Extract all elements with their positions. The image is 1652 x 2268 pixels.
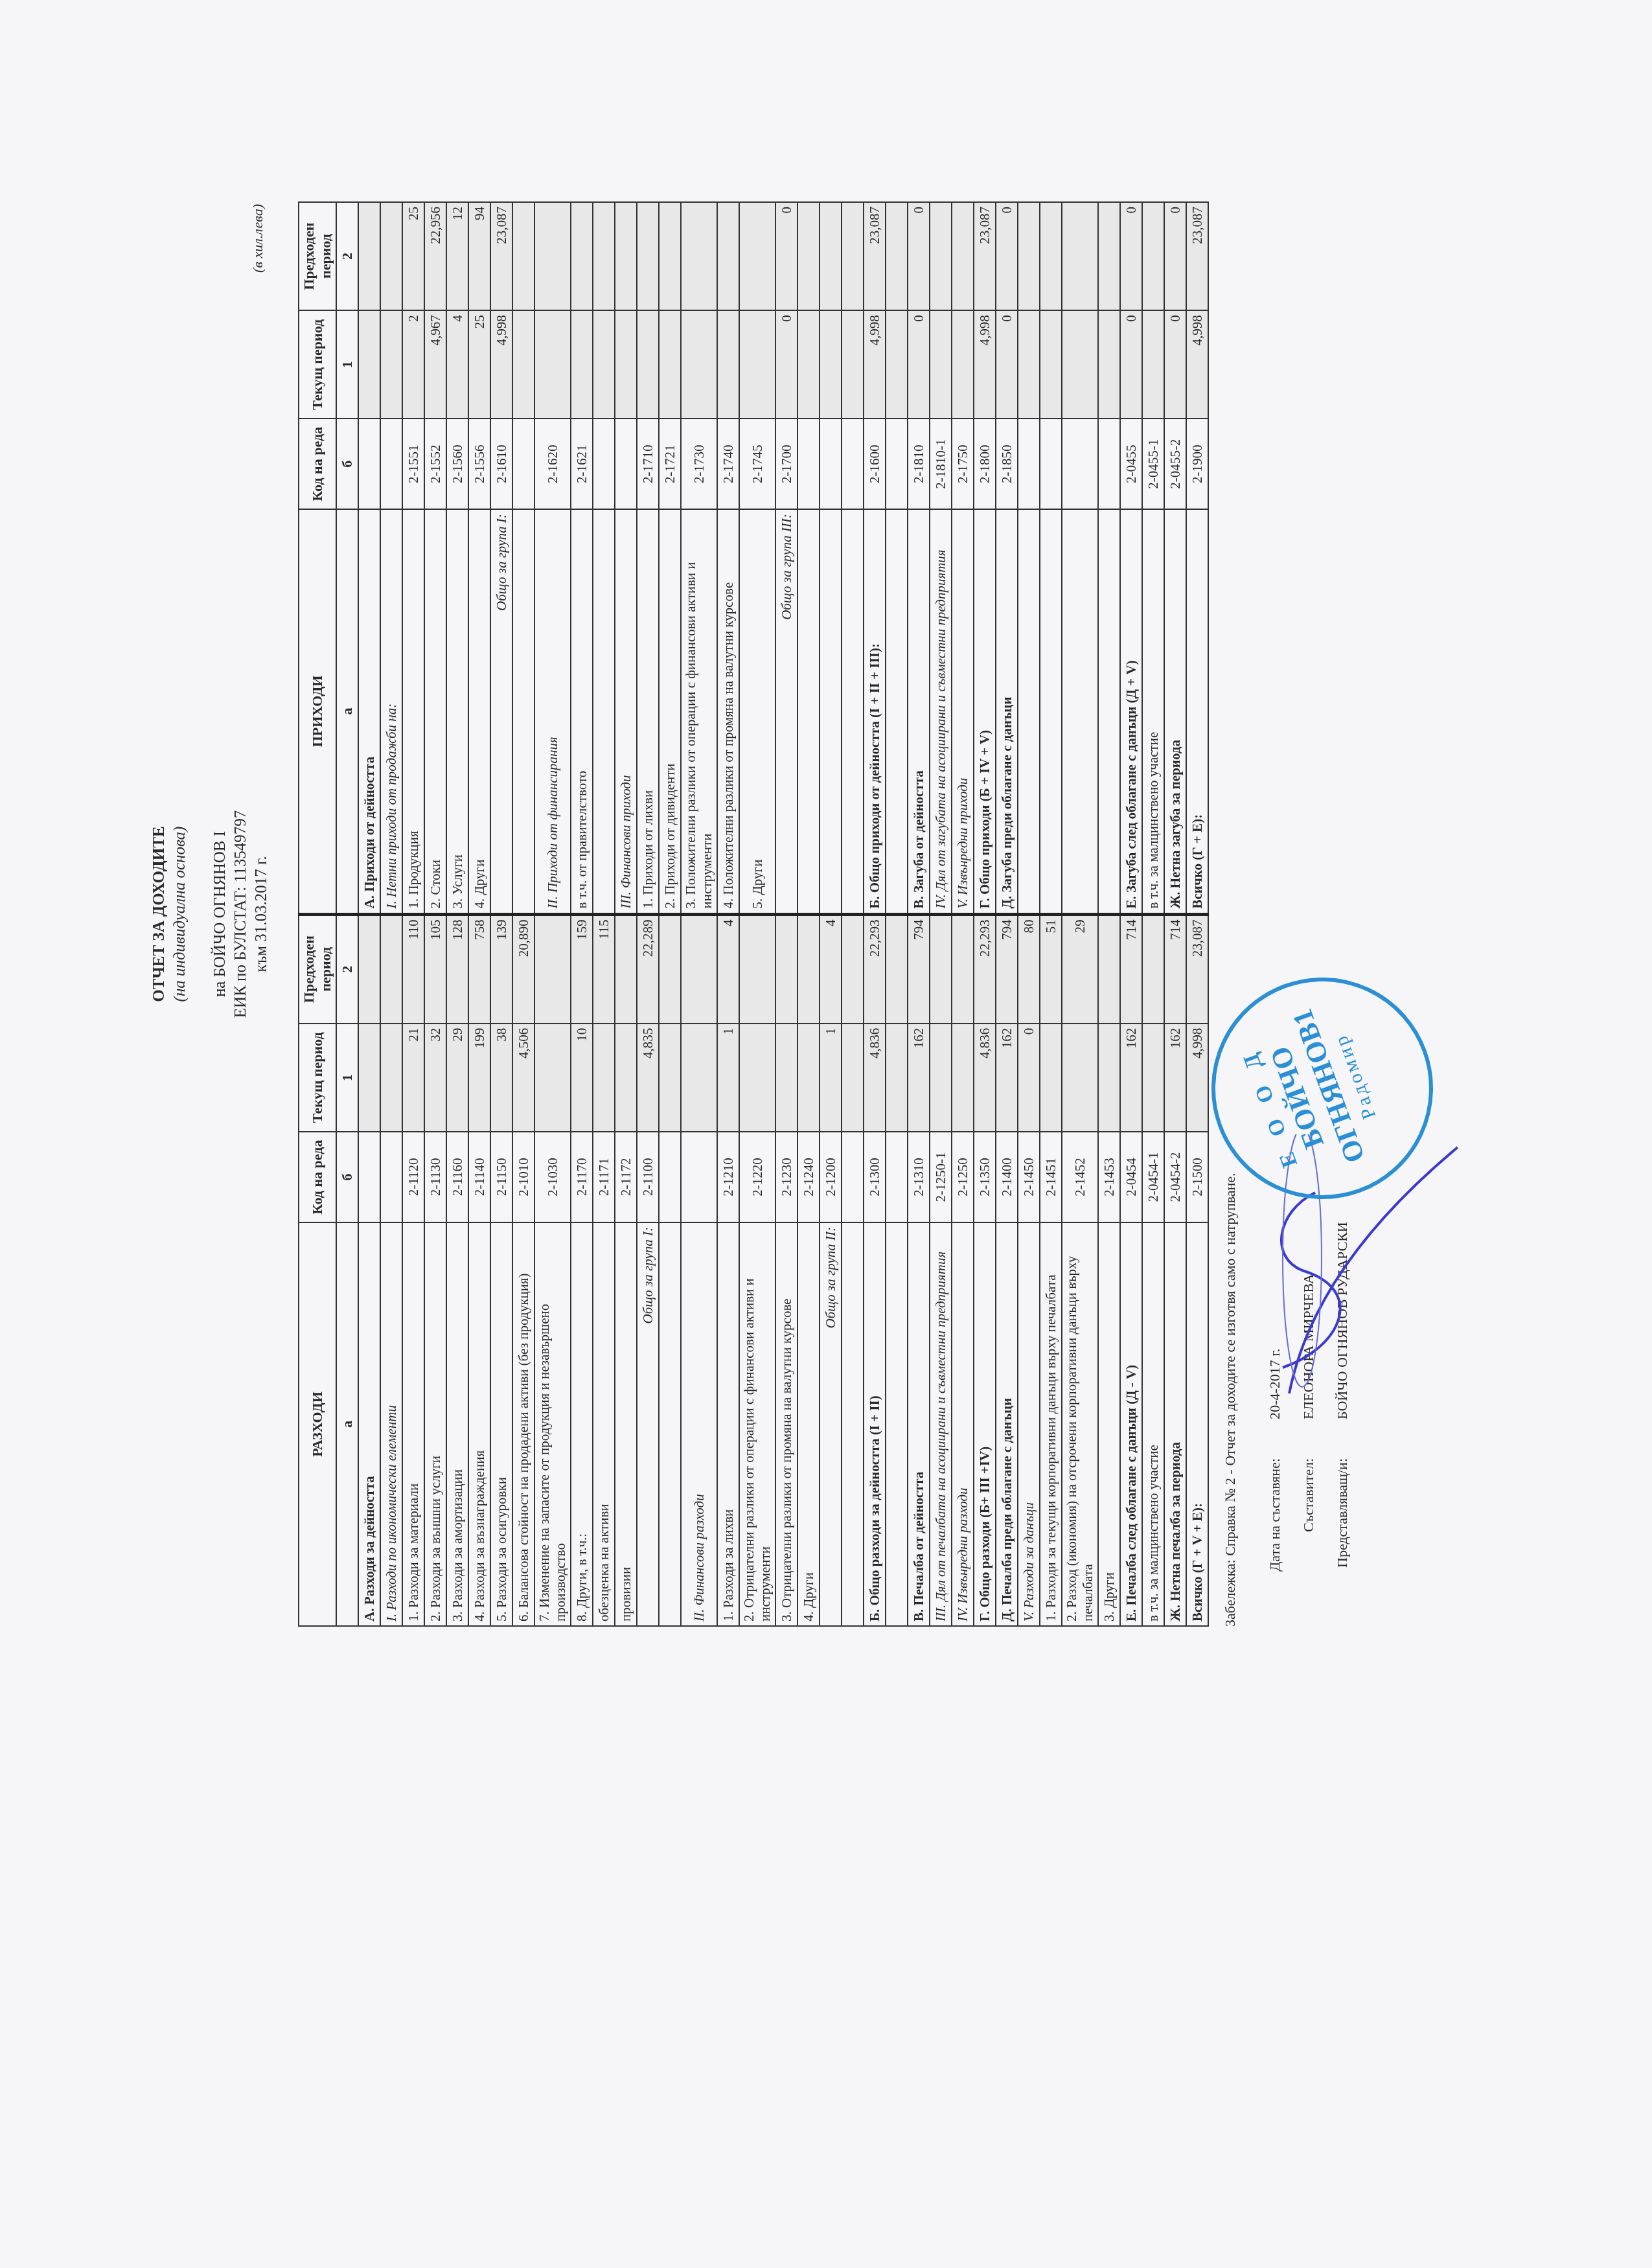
table-row: В. Печалба от дейността2-1310162794В. За… bbox=[908, 202, 930, 1626]
expense-label: Ж. Нетна печалба за периода bbox=[1164, 1222, 1186, 1626]
expense-label: Общо за група I: bbox=[637, 1222, 659, 1626]
company-name: на БОЙЧО ОГНЯНОВ I bbox=[210, 201, 231, 1627]
expense-code: 2-1400 bbox=[996, 1132, 1018, 1222]
expense-previous: 22,289 bbox=[637, 914, 659, 1024]
expense-previous: 794 bbox=[908, 914, 930, 1024]
expense-code: 2-1220 bbox=[739, 1132, 775, 1222]
expense-previous: 794 bbox=[996, 914, 1018, 1024]
expense-label: 5. Разходи за осигуровки bbox=[490, 1222, 512, 1626]
expense-label: обезценка на активи bbox=[593, 1222, 615, 1626]
col-code: Код на реда bbox=[299, 418, 336, 509]
expense-label: провизии bbox=[615, 1222, 637, 1626]
income-label bbox=[820, 509, 842, 914]
income-label: 1. Продукция bbox=[402, 509, 424, 914]
income-current: 0 bbox=[996, 310, 1018, 418]
expense-current: 4,836 bbox=[974, 1024, 996, 1132]
table-row: Д. Печалба преди облагане с данъци2-1400… bbox=[996, 202, 1018, 1626]
expense-previous: 23,087 bbox=[1186, 914, 1208, 1024]
income-label: Д. Загуба преди облагане с данъци bbox=[996, 509, 1018, 914]
income-code bbox=[1040, 418, 1062, 509]
expense-previous: 115 bbox=[593, 914, 615, 1024]
income-code bbox=[380, 418, 402, 509]
expense-label: Г. Общо разходи (Б+ III +IV) bbox=[974, 1222, 996, 1626]
expense-label bbox=[842, 1222, 864, 1626]
col-current: Текущ период bbox=[299, 310, 336, 418]
expense-current: 162 bbox=[1120, 1024, 1142, 1132]
income-label: А. Приходи от дейността bbox=[358, 509, 380, 914]
income-code: 2-1710 bbox=[637, 418, 659, 509]
income-label: В. Загуба от дейността bbox=[908, 509, 930, 914]
expense-previous bbox=[797, 914, 820, 1024]
income-label bbox=[1018, 509, 1040, 914]
expense-code: 2-1300 bbox=[864, 1132, 886, 1222]
income-previous: 23,087 bbox=[490, 202, 512, 310]
expense-previous: 20,890 bbox=[512, 914, 534, 1024]
income-label: 5. Други bbox=[739, 509, 775, 914]
table-row: 2. Приходи от дивиденти2-1721 bbox=[659, 202, 681, 1626]
col-income: ПРИХОДИ bbox=[299, 509, 336, 914]
expense-code bbox=[681, 1132, 717, 1222]
index-a: а bbox=[336, 1222, 358, 1626]
expense-current: 1 bbox=[717, 1024, 739, 1132]
expense-label bbox=[659, 1222, 681, 1626]
index-2: 2 bbox=[336, 914, 358, 1024]
income-previous bbox=[820, 202, 842, 310]
expense-previous bbox=[358, 914, 380, 1024]
expense-code bbox=[842, 1132, 864, 1222]
expense-current bbox=[775, 1024, 797, 1132]
table-index-row: а б 1 2 а б 1 2 bbox=[336, 202, 358, 1626]
income-label: в т.ч. от правителството bbox=[571, 509, 593, 914]
income-statement-table: РАЗХОДИ Код на реда Текущ период Предход… bbox=[298, 201, 1209, 1627]
col-previous: Предходен период bbox=[299, 914, 336, 1024]
income-previous bbox=[1040, 202, 1062, 310]
income-current bbox=[739, 310, 775, 418]
income-code bbox=[1018, 418, 1040, 509]
expense-current: 199 bbox=[468, 1024, 490, 1132]
table-header-row: РАЗХОДИ Код на реда Текущ период Предход… bbox=[299, 202, 336, 1626]
income-code: 2-1621 bbox=[571, 418, 593, 509]
expense-label: 2. Отрицателни разлики от операции с фин… bbox=[739, 1222, 775, 1626]
income-previous bbox=[952, 202, 974, 310]
income-current bbox=[717, 310, 739, 418]
expense-current bbox=[930, 1024, 952, 1132]
income-code: 2-1730 bbox=[681, 418, 717, 509]
expense-label: 8. Други, в т.ч.: bbox=[571, 1222, 593, 1626]
date-label: Дата на съставяне: bbox=[1258, 1458, 1292, 1627]
income-label: Всичко (Г + Е): bbox=[1186, 509, 1208, 914]
table-row: 5. Разходи за осигуровки2-115038139Общо … bbox=[490, 202, 512, 1626]
income-current: 4,998 bbox=[864, 310, 886, 418]
expense-label: Д. Печалба преди облагане с данъци bbox=[996, 1222, 1018, 1626]
income-label: I. Нетни приходи от продажби на: bbox=[380, 509, 402, 914]
index-2: 2 bbox=[336, 202, 358, 310]
expense-code: 2-1150 bbox=[490, 1132, 512, 1222]
expense-previous bbox=[681, 914, 717, 1024]
expense-current bbox=[615, 1024, 637, 1132]
expense-code: 2-1200 bbox=[820, 1132, 842, 1222]
expense-label: II. Финансови разходи bbox=[681, 1222, 717, 1626]
expense-label: 3. Други bbox=[1098, 1222, 1120, 1626]
income-current bbox=[820, 310, 842, 418]
income-code bbox=[512, 418, 534, 509]
expense-previous: 159 bbox=[571, 914, 593, 1024]
income-previous bbox=[1142, 202, 1164, 310]
income-current: 0 bbox=[1164, 310, 1186, 418]
income-label: 4. Положителни разлики от промяна на вал… bbox=[717, 509, 739, 914]
table-row: III. Дял от печалбата на асоциирани и съ… bbox=[930, 202, 952, 1626]
preparer-label: Съставител: bbox=[1292, 1458, 1325, 1627]
income-label: 4. Други bbox=[468, 509, 490, 914]
income-previous: 22,956 bbox=[424, 202, 446, 310]
expense-code: 2-0454-2 bbox=[1164, 1132, 1186, 1222]
expense-previous bbox=[615, 914, 637, 1024]
income-code: 2-1750 bbox=[952, 418, 974, 509]
income-previous bbox=[739, 202, 775, 310]
table-row: Б. Общо разходи за дейността (I + II)2-1… bbox=[864, 202, 886, 1626]
income-current bbox=[797, 310, 820, 418]
expense-label: 2. Разход (икономия) на отсрочени корпор… bbox=[1062, 1222, 1098, 1626]
index-1: 1 bbox=[336, 1024, 358, 1132]
index-a: а bbox=[336, 509, 358, 914]
income-current bbox=[681, 310, 717, 418]
income-label: V. Извънредни приходи bbox=[952, 509, 974, 914]
income-current bbox=[1062, 310, 1098, 418]
income-label: Б. Общо приходи от дейността (I + II + I… bbox=[864, 509, 886, 914]
income-current bbox=[1098, 310, 1120, 418]
table-row: V. Разходи за данъци2-1450080 bbox=[1018, 202, 1040, 1626]
income-label: Г. Общо приходи (Б + IV + V) bbox=[974, 509, 996, 914]
income-current bbox=[615, 310, 637, 418]
income-label bbox=[1040, 509, 1062, 914]
expense-current: 38 bbox=[490, 1024, 512, 1132]
expense-previous bbox=[1142, 914, 1164, 1024]
expense-previous bbox=[659, 914, 681, 1024]
income-code bbox=[615, 418, 637, 509]
income-previous bbox=[1062, 202, 1098, 310]
expense-current: 0 bbox=[1018, 1024, 1040, 1132]
income-previous: 0 bbox=[1164, 202, 1186, 310]
income-previous bbox=[1098, 202, 1120, 310]
expense-label: Всичко (Г + V + Е): bbox=[1186, 1222, 1208, 1626]
income-code: 2-1810-1 bbox=[930, 418, 952, 509]
expense-current: 29 bbox=[446, 1024, 468, 1132]
table-row: 2. Разходи за външни услуги2-1130321052.… bbox=[424, 202, 446, 1626]
expense-previous bbox=[534, 914, 571, 1024]
expense-current: 4,835 bbox=[637, 1024, 659, 1132]
income-code: 2-1700 bbox=[775, 418, 797, 509]
col-previous: Предходен период bbox=[299, 202, 336, 310]
income-previous: 25 bbox=[402, 202, 424, 310]
expense-label: IV. Извънредни разходи bbox=[952, 1222, 974, 1626]
expense-current bbox=[739, 1024, 775, 1132]
income-code: 2-1551 bbox=[402, 418, 424, 509]
income-code: 2-1620 bbox=[534, 418, 571, 509]
table-row: 4. Разходи за възнаграждения2-1140199758… bbox=[468, 202, 490, 1626]
income-code: 2-1610 bbox=[490, 418, 512, 509]
expense-current: 162 bbox=[1164, 1024, 1186, 1132]
unit-label: (в хил.лева) bbox=[249, 204, 266, 273]
income-code: 2-1900 bbox=[1186, 418, 1208, 509]
income-code: 2-1740 bbox=[717, 418, 739, 509]
income-code: 2-1556 bbox=[468, 418, 490, 509]
income-previous bbox=[659, 202, 681, 310]
expense-label: 4. Други bbox=[797, 1222, 820, 1626]
income-previous bbox=[534, 202, 571, 310]
expense-label: Общо за група II: bbox=[820, 1222, 842, 1626]
expense-code: 2-0454 bbox=[1120, 1132, 1142, 1222]
expense-code: 2-1250 bbox=[952, 1132, 974, 1222]
income-code: 2-1600 bbox=[864, 418, 886, 509]
expense-previous: 128 bbox=[446, 914, 468, 1024]
index-b: б bbox=[336, 1132, 358, 1222]
expense-label: в т.ч. за малцинствено участие bbox=[1142, 1222, 1164, 1626]
income-label bbox=[797, 509, 820, 914]
income-current: 0 bbox=[775, 310, 797, 418]
table-row: 8. Други, в т.ч.:2-117010159в т.ч. от пр… bbox=[571, 202, 593, 1626]
income-previous bbox=[571, 202, 593, 310]
table-row: I. Разходи по икономически елементиI. Не… bbox=[380, 202, 402, 1626]
income-label: 2. Приходи от дивиденти bbox=[659, 509, 681, 914]
expense-current: 4,836 bbox=[864, 1024, 886, 1132]
income-current bbox=[1018, 310, 1040, 418]
expense-label: Е. Печалба след облагане с данъци (Д - V… bbox=[1120, 1222, 1142, 1626]
income-previous bbox=[358, 202, 380, 310]
table-row: 2. Отрицателни разлики от операции с фин… bbox=[739, 202, 775, 1626]
expense-current bbox=[797, 1024, 820, 1132]
col-code: Код на реда bbox=[299, 1132, 336, 1222]
expense-previous: 139 bbox=[490, 914, 512, 1024]
income-code: 2-1745 bbox=[739, 418, 775, 509]
income-label bbox=[512, 509, 534, 914]
income-previous: 0 bbox=[775, 202, 797, 310]
income-code: 2-1800 bbox=[974, 418, 996, 509]
report-content: ОТЧЕТ ЗА ДОХОДИТЕ (на индивидуална основ… bbox=[149, 201, 1359, 1627]
expense-current bbox=[358, 1024, 380, 1132]
income-previous: 0 bbox=[908, 202, 930, 310]
income-current bbox=[637, 310, 659, 418]
income-current bbox=[659, 310, 681, 418]
income-label: Общо за група III: bbox=[775, 509, 797, 914]
income-code bbox=[797, 418, 820, 509]
income-label: 3. Положителни разлики от операции с фин… bbox=[681, 509, 717, 914]
income-label bbox=[593, 509, 615, 914]
table-row: Е. Печалба след облагане с данъци (Д - V… bbox=[1120, 202, 1142, 1626]
expense-current: 4,998 bbox=[1186, 1024, 1208, 1132]
income-label: Е. Загуба след облагане с данъци (Д + V) bbox=[1120, 509, 1142, 914]
income-previous bbox=[593, 202, 615, 310]
income-code: 2-1560 bbox=[446, 418, 468, 509]
expense-label: 3. Отрицателни разлики от промяна на вал… bbox=[775, 1222, 797, 1626]
income-code: 2-1552 bbox=[424, 418, 446, 509]
table-row: 1. Разходи за материали2-1120211101. Про… bbox=[402, 202, 424, 1626]
expense-label: III. Дял от печалбата на асоциирани и съ… bbox=[930, 1222, 952, 1626]
expense-label: Б. Общо разходи за дейността (I + II) bbox=[864, 1222, 886, 1626]
table-row: Общо за група I:2-11004,83522,2891. Прих… bbox=[637, 202, 659, 1626]
income-code bbox=[1098, 418, 1120, 509]
income-previous: 23,087 bbox=[974, 202, 996, 310]
expense-code: 2-1120 bbox=[402, 1132, 424, 1222]
table-row: 4. Други2-1240 bbox=[797, 202, 820, 1626]
expense-code: 2-1100 bbox=[637, 1132, 659, 1222]
expense-current bbox=[1142, 1024, 1164, 1132]
income-previous: 94 bbox=[468, 202, 490, 310]
income-previous bbox=[930, 202, 952, 310]
expense-code: 2-1170 bbox=[571, 1132, 593, 1222]
expense-previous: 22,293 bbox=[974, 914, 996, 1024]
expense-previous bbox=[775, 914, 797, 1024]
expense-label: В. Печалба от дейността bbox=[908, 1222, 930, 1626]
income-label: II. Приходи от финансирания bbox=[534, 509, 571, 914]
income-current bbox=[358, 310, 380, 418]
income-previous bbox=[380, 202, 402, 310]
expense-code: 2-1450 bbox=[1018, 1132, 1040, 1222]
expense-previous: 105 bbox=[424, 914, 446, 1024]
expense-current bbox=[886, 1024, 908, 1132]
expense-code: 2-1010 bbox=[512, 1132, 534, 1222]
income-current: 4,998 bbox=[490, 310, 512, 418]
expense-label: 1. Разходи за лихви bbox=[717, 1222, 739, 1626]
income-code: 2-1721 bbox=[659, 418, 681, 509]
income-label: III. Финансови приходи bbox=[615, 509, 637, 914]
income-current: 25 bbox=[468, 310, 490, 418]
expense-current bbox=[659, 1024, 681, 1132]
expense-code: 2-1453 bbox=[1098, 1132, 1120, 1222]
income-previous: 23,087 bbox=[864, 202, 886, 310]
expense-code: 2-1130 bbox=[424, 1132, 446, 1222]
expense-label: 1. Разходи за материали bbox=[402, 1222, 424, 1626]
income-previous bbox=[615, 202, 637, 310]
expense-label bbox=[886, 1222, 908, 1626]
income-label: Ж. Нетна загуба за периода bbox=[1164, 509, 1186, 914]
table-row: 3. Разходи за амортизации2-1160291283. У… bbox=[446, 202, 468, 1626]
income-previous: 12 bbox=[446, 202, 468, 310]
expense-label: 3. Разходи за амортизации bbox=[446, 1222, 468, 1626]
expense-code: 2-1350 bbox=[974, 1132, 996, 1222]
index-b: б bbox=[336, 418, 358, 509]
report-title: ОТЧЕТ ЗА ДОХОДИТЕ bbox=[149, 201, 170, 1627]
income-current: 2 bbox=[402, 310, 424, 418]
income-code: 2-0455 bbox=[1120, 418, 1142, 509]
income-current bbox=[952, 310, 974, 418]
income-previous bbox=[886, 202, 908, 310]
expense-previous: 29 bbox=[1062, 914, 1098, 1024]
income-label: 3. Услуги bbox=[446, 509, 468, 914]
expense-code bbox=[886, 1132, 908, 1222]
expense-current: 32 bbox=[424, 1024, 446, 1132]
report-header: ОТЧЕТ ЗА ДОХОДИТЕ (на индивидуална основ… bbox=[149, 201, 272, 1627]
income-code bbox=[358, 418, 380, 509]
expense-label: 6. Балансова стойност на продадени актив… bbox=[512, 1222, 534, 1626]
expense-previous bbox=[1098, 914, 1120, 1024]
income-label: IV. Дял от загубата на асоциирани и съвм… bbox=[930, 509, 952, 914]
expense-code bbox=[380, 1132, 402, 1222]
income-previous bbox=[681, 202, 717, 310]
income-current: 0 bbox=[1120, 310, 1142, 418]
table-row: II. Финансови разходи3. Положителни разл… bbox=[681, 202, 717, 1626]
income-current bbox=[571, 310, 593, 418]
expense-code: 2-1030 bbox=[534, 1132, 571, 1222]
expense-previous: 4 bbox=[717, 914, 739, 1024]
expense-label: 4. Разходи за възнаграждения bbox=[468, 1222, 490, 1626]
table-body: А. Разходи за дейносттаА. Приходи от дей… bbox=[358, 202, 1208, 1626]
expense-label: А. Разходи за дейността bbox=[358, 1222, 380, 1626]
index-1: 1 bbox=[336, 310, 358, 418]
expense-current bbox=[380, 1024, 402, 1132]
expense-code bbox=[358, 1132, 380, 1222]
expense-code: 2-1230 bbox=[775, 1132, 797, 1222]
income-code: 2-0455-2 bbox=[1164, 418, 1186, 509]
col-expenses: РАЗХОДИ bbox=[299, 1222, 336, 1626]
expense-current bbox=[593, 1024, 615, 1132]
expense-label: 1. Разходи за текущи корпоративни данъци… bbox=[1040, 1222, 1062, 1626]
expense-label: 7. Изменение на запасите от продукция и … bbox=[534, 1222, 571, 1626]
income-label: 2. Стоки bbox=[424, 509, 446, 914]
expense-previous bbox=[842, 914, 864, 1024]
expense-previous: 758 bbox=[468, 914, 490, 1024]
income-current: 4,967 bbox=[424, 310, 446, 418]
income-current bbox=[593, 310, 615, 418]
income-current bbox=[512, 310, 534, 418]
expense-label: I. Разходи по икономически елементи bbox=[380, 1222, 402, 1626]
income-current: 4 bbox=[446, 310, 468, 418]
income-code bbox=[820, 418, 842, 509]
expense-previous bbox=[930, 914, 952, 1024]
expense-previous: 22,293 bbox=[864, 914, 886, 1024]
table-row: в т.ч. за малцинствено участие2-0454-1в … bbox=[1142, 202, 1164, 1626]
income-label: в т.ч. за малцинствено участие bbox=[1142, 509, 1164, 914]
table-row bbox=[886, 202, 908, 1626]
income-previous: 0 bbox=[996, 202, 1018, 310]
table-row: Общо за група II:2-120014 bbox=[820, 202, 842, 1626]
table-row: 1. Разходи за текущи корпоративни данъци… bbox=[1040, 202, 1062, 1626]
expense-previous: 51 bbox=[1040, 914, 1062, 1024]
expense-current bbox=[534, 1024, 571, 1132]
expense-code: 2-1451 bbox=[1040, 1132, 1062, 1222]
table-row: провизии2-1172III. Финансови приходи bbox=[615, 202, 637, 1626]
income-code bbox=[1062, 418, 1098, 509]
income-label: Общо за група I: bbox=[490, 509, 512, 914]
income-previous bbox=[637, 202, 659, 310]
income-previous bbox=[1018, 202, 1040, 310]
income-label bbox=[1062, 509, 1098, 914]
table-row: 7. Изменение на запасите от продукция и … bbox=[534, 202, 571, 1626]
expense-previous: 80 bbox=[1018, 914, 1040, 1024]
income-current bbox=[534, 310, 571, 418]
table-row: Всичко (Г + V + Е):2-15004,99823,087Всич… bbox=[1186, 202, 1208, 1626]
expense-code bbox=[659, 1132, 681, 1222]
income-previous: 23,087 bbox=[1186, 202, 1208, 310]
expense-code: 2-1172 bbox=[615, 1132, 637, 1222]
table-row: 2. Разход (икономия) на отсрочени корпор… bbox=[1062, 202, 1098, 1626]
expense-code: 2-1160 bbox=[446, 1132, 468, 1222]
expense-previous: 110 bbox=[402, 914, 424, 1024]
expense-label: V. Разходи за данъци bbox=[1018, 1222, 1040, 1626]
income-current bbox=[842, 310, 864, 418]
income-previous bbox=[512, 202, 534, 310]
expense-current bbox=[952, 1024, 974, 1132]
document-sheet: ОТЧЕТ ЗА ДОХОДИТЕ (на индивидуална основ… bbox=[0, 0, 1652, 2268]
expense-current: 4,506 bbox=[512, 1024, 534, 1132]
expense-current: 10 bbox=[571, 1024, 593, 1132]
table-row: 1. Разходи за лихви2-1210144. Положителн… bbox=[717, 202, 739, 1626]
income-code bbox=[842, 418, 864, 509]
expense-code: 2-1171 bbox=[593, 1132, 615, 1222]
expense-previous: 714 bbox=[1164, 914, 1186, 1024]
income-label: 1. Приходи от лихви bbox=[637, 509, 659, 914]
expense-previous bbox=[886, 914, 908, 1024]
income-code bbox=[593, 418, 615, 509]
